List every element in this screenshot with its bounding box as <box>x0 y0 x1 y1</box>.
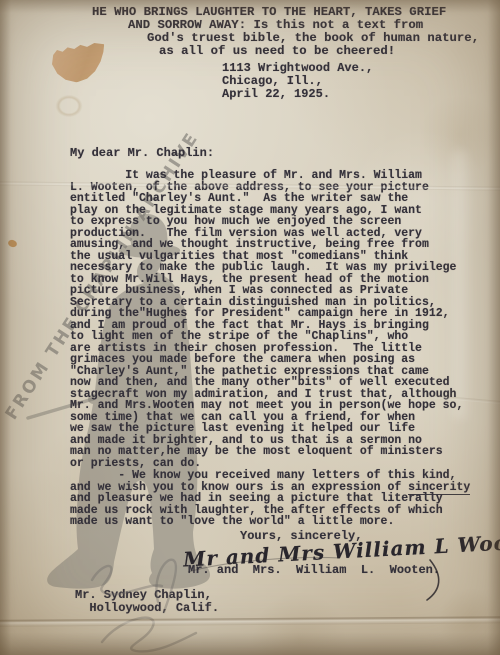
signature-underswash <box>188 558 340 572</box>
letter-page: FROM THE CHAPLIN ARCHIVE HE WHO BRINGS L… <box>0 0 500 655</box>
pencil-scrawl <box>92 566 162 594</box>
pencil-scrawl <box>102 618 196 652</box>
ink-and-pencil-marks <box>0 0 500 655</box>
signature-flourish <box>427 560 439 600</box>
